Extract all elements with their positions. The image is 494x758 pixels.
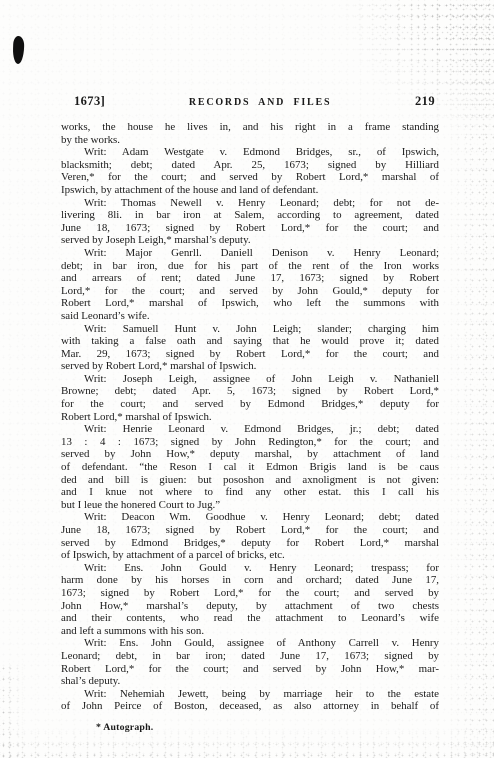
text-line: Writ: Nehemiah Jewett, being by marriage…	[61, 688, 439, 701]
text-line: 1673; signed by Robert Lord,* for the co…	[61, 587, 439, 600]
text-line: of John Peirce of Boston, deceased, as a…	[61, 700, 439, 713]
text-line: and their contents, who read the attachm…	[61, 612, 439, 625]
text-line: Robert Lord,* for the court; and served …	[61, 663, 439, 676]
text-line: of defendant. “the Reson I cal it Edmon …	[61, 461, 439, 474]
text-column: 1673] RECORDS AND FILES 219 works, the h…	[61, 0, 439, 733]
text-line: works, the house he lives in, and his ri…	[61, 121, 439, 134]
text-line: by the works.	[61, 134, 439, 147]
text-line: Lord,* for the court; and served by John…	[61, 285, 439, 298]
text-line: with taking a false oath and saying that…	[61, 335, 439, 348]
text-line: Writ: Joseph Leigh, assignee of John Lei…	[61, 373, 439, 386]
header-running-title: RECORDS AND FILES	[189, 97, 332, 109]
header-page-number: 219	[415, 95, 435, 107]
scan-noise-right-edge	[448, 0, 494, 758]
text-line: Browne; debt; dated Apr. 5, 1673; signed…	[61, 385, 439, 398]
paragraph: Writ: Major Genrll. Daniell Denison v. H…	[61, 247, 439, 323]
text-line: said Leonard’s wife.	[61, 310, 439, 323]
text-line: 13 : 4 : 1673; signed by John Redington,…	[61, 436, 439, 449]
ink-blot-mark	[13, 36, 25, 64]
text-line: and arrears of rent; dated June 17, 1673…	[61, 272, 439, 285]
text-line: served by Robert Lord,* marshal of Ipswi…	[61, 360, 439, 373]
paragraph: Writ: Ens. John Gould v. Henry Leonard; …	[61, 562, 439, 638]
text-line: for the court; and served by Edmond Brid…	[61, 398, 439, 411]
paragraph: Writ: Nehemiah Jewett, being by marriage…	[61, 688, 439, 713]
text-line: of Ipswich, by attachment of a parcel of…	[61, 549, 439, 562]
text-line: served by Edmond Bridges,* deputy for Ro…	[61, 537, 439, 550]
text-line: and left a summons with his son.	[61, 625, 439, 638]
scan-noise-bottom-left	[0, 663, 26, 758]
paragraph: Writ: Henrie Leonard v. Edmond Bridges, …	[61, 423, 439, 511]
footnote-text: * Autograph.	[96, 722, 153, 733]
book-page: 1673] RECORDS AND FILES 219 works, the h…	[0, 0, 494, 758]
text-line: debt; in bar iron, due for his part of t…	[61, 260, 439, 273]
text-line: Leonard; debt, in bar iron; dated June 1…	[61, 650, 439, 663]
text-line: Writ: Ens. John Gould v. Henry Leonard; …	[61, 562, 439, 575]
text-line: Mar. 29, 1673; signed by Robert Lord,* f…	[61, 348, 439, 361]
text-line: Writ: Thomas Newell v. Henry Leonard; de…	[61, 197, 439, 210]
text-line: Writ: Adam Westgate v. Edmond Bridges, s…	[61, 146, 439, 159]
text-line: Veren,* for the court; and served by Rob…	[61, 171, 439, 184]
text-line: Robert Lord,* marshal of Ipswich.	[61, 411, 439, 424]
paragraph: Writ: Thomas Newell v. Henry Leonard; de…	[61, 197, 439, 247]
text-line: Writ: Deacon Wm. Goodhue v. Henry Leonar…	[61, 511, 439, 524]
text-line: blacksmith; debt; dated Apr. 25, 1673; s…	[61, 159, 439, 172]
text-line: John How,* marshal’s deputy, by attachme…	[61, 600, 439, 613]
paragraph: works, the house he lives in, and his ri…	[61, 121, 439, 146]
page-header: 1673] RECORDS AND FILES 219	[61, 95, 439, 109]
text-line: harm done by his horses in corn and orch…	[61, 574, 439, 587]
text-line: shal’s deputy.	[61, 675, 439, 688]
text-line: Writ: Major Genrll. Daniell Denison v. H…	[61, 247, 439, 260]
footnote: * Autograph.	[96, 722, 439, 733]
text-line: Robert Lord,* marshal of Ipswich, who le…	[61, 297, 439, 310]
text-line: livering 8li. in bar iron at Salem, acco…	[61, 209, 439, 222]
header-year: 1673]	[74, 95, 105, 107]
paragraph: Writ: Adam Westgate v. Edmond Bridges, s…	[61, 146, 439, 196]
paragraph: Writ: Samuell Hunt v. John Leigh; slande…	[61, 323, 439, 373]
text-line: served by Joseph Leigh,* marshal’s deput…	[61, 234, 439, 247]
text-line: but I leue the honered Court to Jug.”	[61, 499, 439, 512]
text-line: June 18, 1673; signed by Robert Lord,* f…	[61, 222, 439, 235]
paragraph: Writ: Joseph Leigh, assignee of John Lei…	[61, 373, 439, 423]
text-line: June 18, 1673; signed by Robert Lord,* f…	[61, 524, 439, 537]
text-line: Writ: Ens. John Gould, assignee of Antho…	[61, 637, 439, 650]
text-line: Writ: Henrie Leonard v. Edmond Bridges, …	[61, 423, 439, 436]
text-line: and I knue not where to find any other e…	[61, 486, 439, 499]
text-line: ded and bill is giuen: but pososhon and …	[61, 474, 439, 487]
text-line: Ipswich, by attachment of the house and …	[61, 184, 439, 197]
body-text: works, the house he lives in, and his ri…	[61, 121, 439, 713]
text-line: Writ: Samuell Hunt v. John Leigh; slande…	[61, 323, 439, 336]
paragraph: Writ: Ens. John Gould, assignee of Antho…	[61, 637, 439, 687]
text-line: served by John How,* deputy marshal, by …	[61, 448, 439, 461]
paragraph: Writ: Deacon Wm. Goodhue v. Henry Leonar…	[61, 511, 439, 561]
